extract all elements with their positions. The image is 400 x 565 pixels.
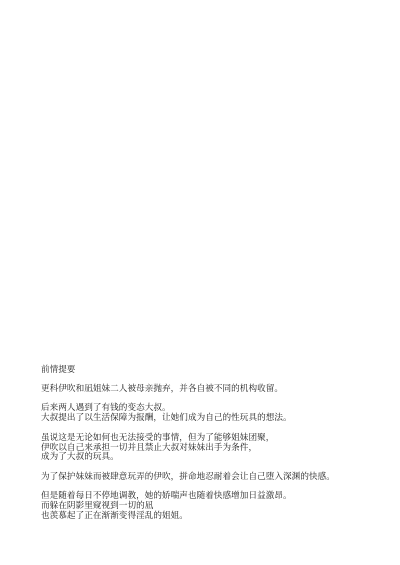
- text-line: 成为了大叔的玩具。: [41, 453, 386, 463]
- paragraph-3: 虽说这是无论如何也无法接受的事情，但为了能够姐妹团聚， 伊吹以自己来承担一切并且…: [41, 434, 386, 463]
- text-line: 大叔提出了以生活保障为报酬，让她们成为自己的性玩具的想法。: [41, 414, 386, 424]
- paragraph-2: 后来两人遇到了有钱的变态大叔。 大叔提出了以生活保障为报酬，让她们成为自己的性玩…: [41, 404, 386, 424]
- text-line: 更科伊吹和凪姐妹二人被母亲抛弃，并各自被不同的机构收留。: [41, 385, 386, 395]
- paragraph-1: 更科伊吹和凪姐妹二人被母亲抛弃，并各自被不同的机构收留。: [41, 385, 386, 395]
- text-line: 也羡慕起了正在渐渐变得淫乱的姐姐。: [41, 512, 386, 522]
- paragraph-5: 但是随着每日不停地调教，她的娇喘声也随着快感增加日益激昂。 而躲在阴影里窥视到一…: [41, 492, 386, 521]
- paragraph-4: 为了保护妹妹而被肆意玩弄的伊吹，拼命地忍耐着会让自己堕入深渊的快感。: [41, 473, 386, 483]
- text-line: 为了保护妹妹而被肆意玩弄的伊吹，拼命地忍耐着会让自己堕入深渊的快感。: [41, 473, 386, 483]
- page: 前情提要 更科伊吹和凪姐妹二人被母亲抛弃，并各自被不同的机构收留。 后来两人遇到…: [0, 0, 400, 565]
- story-summary: 前情提要 更科伊吹和凪姐妹二人被母亲抛弃，并各自被不同的机构收留。 后来两人遇到…: [41, 365, 386, 531]
- summary-title: 前情提要: [41, 365, 386, 375]
